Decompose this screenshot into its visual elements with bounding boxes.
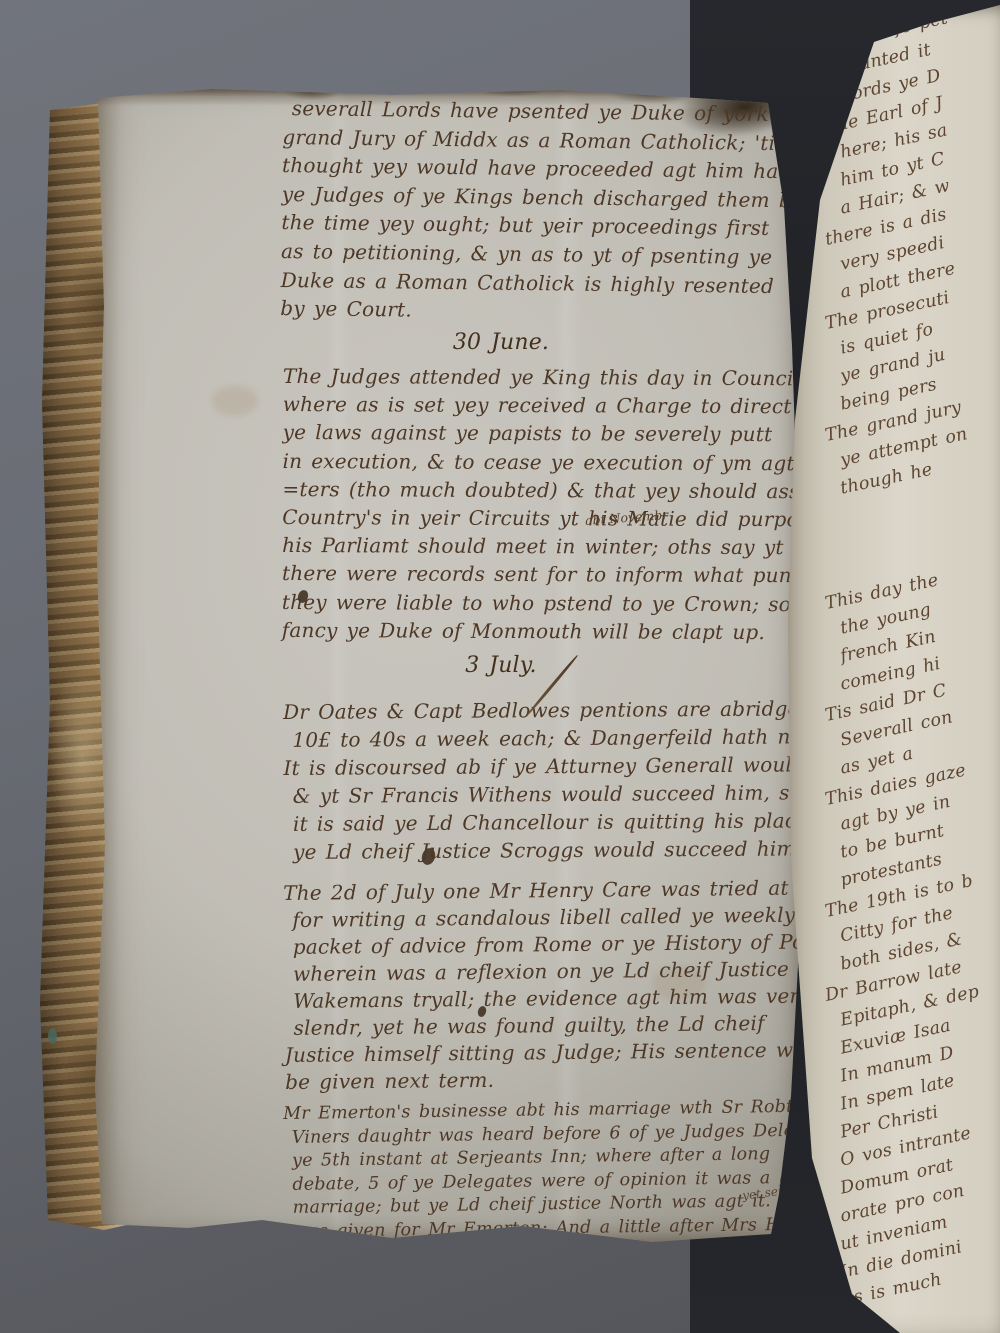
- entry-oates-bedlowe-pensions: Dr Oates & Capt Bedlowes pentions are ab…: [283, 694, 802, 866]
- manuscript-line: be given next term.: [285, 1063, 803, 1095]
- left-page-text: severall Lords have psented ye Duke of y…: [283, 94, 801, 1244]
- manuscript-line: where as is set yey received a Charge to…: [283, 390, 801, 420]
- manuscript-line: 10£ to 40s a week each; & Dangerfeild ha…: [283, 722, 801, 754]
- date-heading-3-july: 3 July.: [381, 651, 621, 681]
- right-page-text: his wife pet granted it Lords ye DThe Ea…: [826, 30, 1000, 1318]
- date-heading-30-june: 30 June.: [381, 328, 621, 358]
- manuscript-line: it is said ye Ld Chancellour is quitting…: [284, 806, 802, 838]
- manuscript-line: & yt Sr Francis Withens would succeed hi…: [284, 778, 802, 810]
- left-page: severall Lords have psented ye Duke of y…: [92, 86, 804, 1242]
- spine-fleck: [48, 1028, 57, 1044]
- manuscript-line: fancy ye Duke of Monmouth will be clapt …: [282, 616, 800, 646]
- manuscript-line: Justice himself sitting as Judge; His se…: [285, 1036, 803, 1068]
- entry-judges-council: The Judges attended ye King this day in …: [282, 362, 801, 646]
- manuscript-line: The Judges attended ye King this day in …: [283, 362, 801, 392]
- manuscript-line: It is discoursed ab if ye Atturney Gener…: [283, 750, 801, 782]
- manuscript-line: they were liable to who pstend to ye Cro…: [282, 587, 800, 617]
- manuscript-line: ye Ld cheif Justice Scroggs would succee…: [284, 834, 802, 866]
- foxing-spot: [212, 386, 258, 416]
- entry-henry-care-trial: The 2d of July one Mr Henry Care was tri…: [283, 874, 803, 1095]
- manuscript-line: in execution, & to cease ye execution of…: [283, 446, 801, 476]
- manuscript-line: =ters (tho much doubted) & that yey shou…: [282, 475, 800, 505]
- manuscript-line: Country's in yeir Circuits yt his Matie …: [282, 503, 800, 533]
- manuscript-photo: severall Lords have psented ye Duke of y…: [0, 0, 1000, 1333]
- entry-emerton-marriage: Mr Emerton's businesse abt his marriage …: [283, 1096, 803, 1244]
- manuscript-line: there were records sent for to inform wh…: [282, 559, 800, 589]
- manuscript-line: ye laws against ye papists to be severel…: [283, 418, 801, 448]
- entry-duke-presented: severall Lords have psented ye Duke of y…: [280, 94, 801, 329]
- manuscript-line: his Parliamt should meet in winter; oths…: [282, 531, 800, 561]
